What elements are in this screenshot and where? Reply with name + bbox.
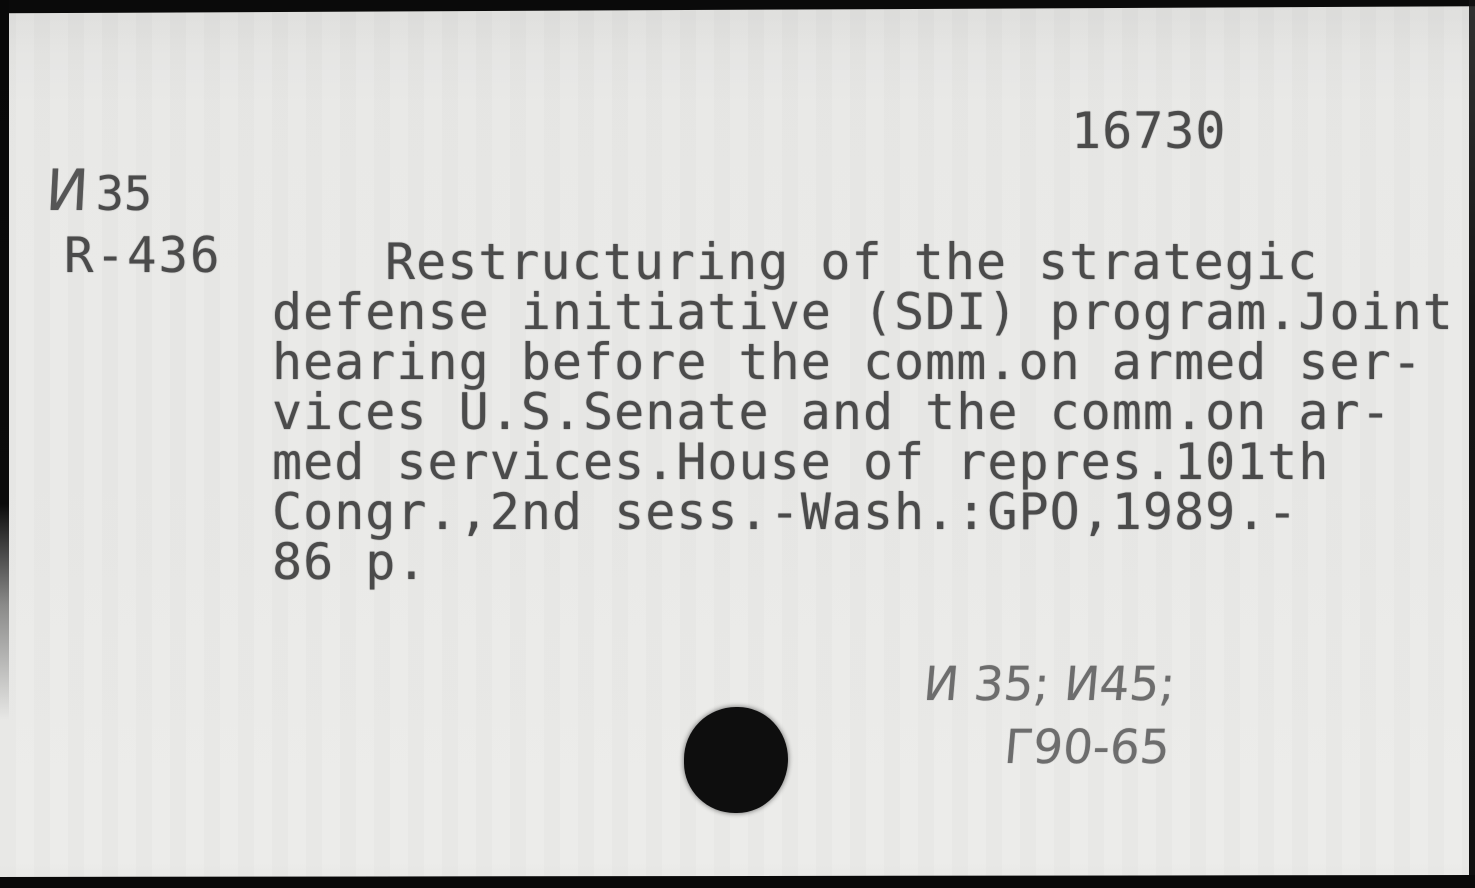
entry-line: 86 p. bbox=[272, 537, 1454, 587]
entry-line: Congr.,2nd sess.-Wash.:GPO,1989.- bbox=[272, 487, 1454, 537]
call-shelf-code: R-436 bbox=[64, 227, 222, 284]
stamp-dot-icon bbox=[684, 707, 788, 813]
scan-edge-right bbox=[1469, 0, 1475, 888]
call-number: И35 bbox=[46, 158, 152, 224]
entry-line: med services.House of repres.101th bbox=[272, 437, 1454, 487]
index-codes-line2: Г90-65 bbox=[915, 716, 1172, 779]
index-codes: И 35; И45; Г90-65 bbox=[915, 653, 1178, 779]
entry-line: defense initiative (SDI) program.Joint bbox=[272, 287, 1454, 337]
index-codes-line1: И 35; И45; bbox=[921, 653, 1178, 716]
call-class-letter: И bbox=[44, 158, 90, 224]
entry-line: Restructuring of the strategic bbox=[272, 237, 1454, 287]
scan-edge-bottom bbox=[0, 875, 1475, 888]
entry-line: hearing before the comm.on armed ser- bbox=[272, 337, 1454, 387]
accession-number: 16730 bbox=[1071, 102, 1227, 160]
scan-edge-top bbox=[0, 0, 1475, 14]
scan-edge-left bbox=[0, 0, 9, 720]
catalog-card: 16730 И35 R-436 Restructuring of the str… bbox=[0, 0, 1475, 888]
call-class-number: 35 bbox=[96, 167, 153, 222]
bibliographic-entry: Restructuring of the strategic defense i… bbox=[272, 237, 1454, 587]
entry-line: vices U.S.Senate and the comm.on ar- bbox=[272, 387, 1454, 437]
